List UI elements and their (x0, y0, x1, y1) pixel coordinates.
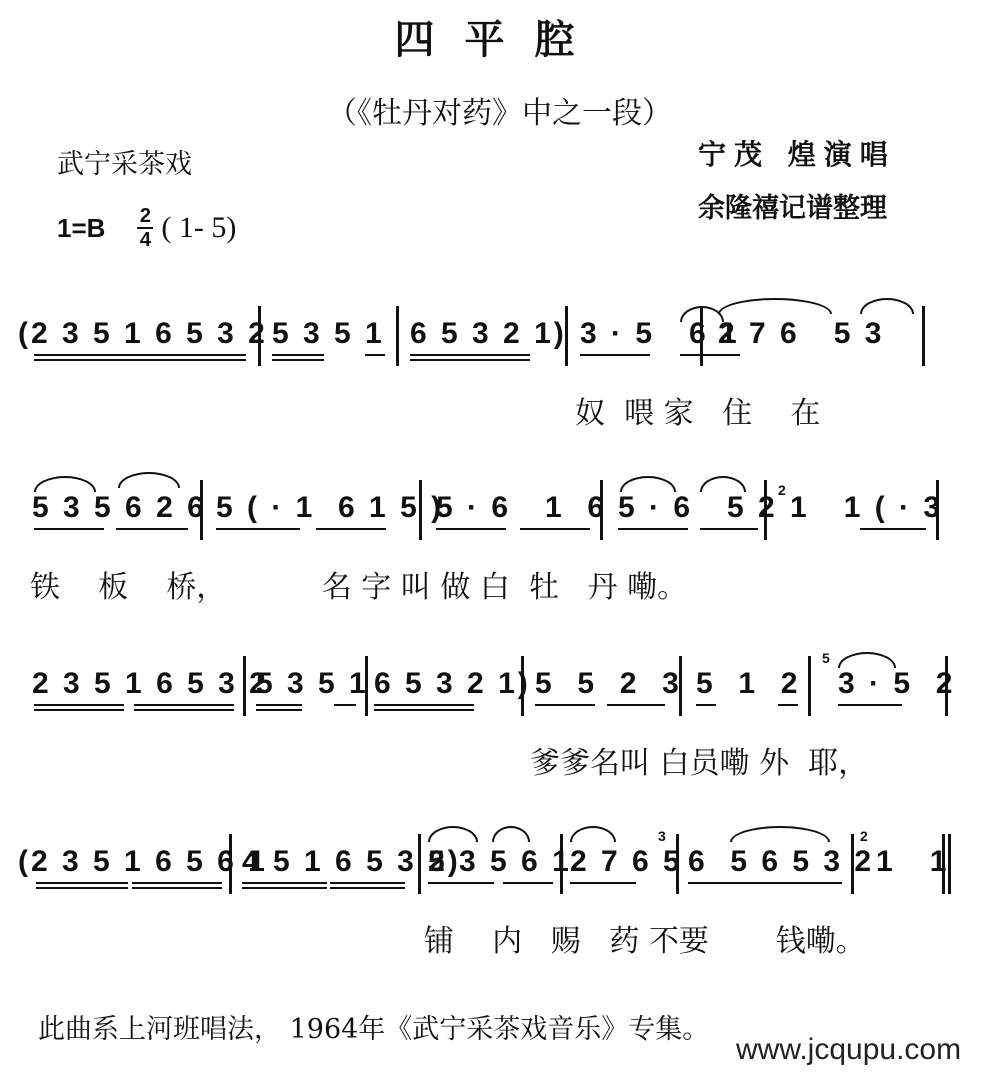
barline (418, 834, 421, 894)
grace-note: 2 (778, 482, 786, 498)
barline (600, 480, 603, 540)
watermark: www.jcqupu.com (736, 1033, 961, 1067)
barline (565, 306, 568, 366)
grace-note: 2 (860, 828, 868, 844)
barline (365, 656, 368, 716)
song-subtitle: （《牡丹对药》中之一段） (0, 88, 999, 132)
intro-notes: ( 1- 5) (161, 211, 236, 245)
measure: 5 ( · 1 6 1 5 ) (216, 490, 444, 526)
song-title: 四平腔 (0, 8, 999, 65)
grace-note: 5 (822, 650, 830, 666)
barline (396, 306, 399, 366)
grace-note: 3 (658, 828, 666, 844)
lyrics-line-4: 铺 内 赐 药 不要 钱嘞。 (424, 916, 866, 960)
measure: 3 · 5 2 (838, 666, 955, 702)
measure: 5 3 5 6 2 6 (32, 490, 207, 526)
measure: 5 3 5 1 (272, 316, 385, 352)
measure: 5 3 5 1 (256, 666, 369, 702)
measure: 6 5 6 5 3 2 (688, 844, 874, 880)
time-signature: 2 4 (137, 206, 153, 250)
barline (922, 306, 925, 366)
key-label: 1=B (57, 213, 105, 244)
barline (258, 306, 261, 366)
barline (945, 656, 948, 716)
barline (936, 480, 939, 540)
measure: 6 5 3 2 1) (410, 316, 567, 352)
measure: 5 3 5 6 1 (428, 844, 572, 880)
lyrics-line-2: 铁 板 桥， 名 字 叫 做 白 牡 丹 嘞。 (30, 562, 687, 606)
barline (676, 834, 679, 894)
barline (808, 656, 811, 716)
footnote: 此曲系上河班唱法， 1964年《武宁采茶戏音乐》专集。 (38, 1007, 709, 1046)
genre-label: 武宁采茶戏 (57, 142, 192, 181)
measure: (2 3 5 1 6 5 3 2 (18, 316, 268, 352)
final-barline (942, 834, 951, 894)
measure: 5 1 2 (696, 666, 800, 702)
lyrics-line-1: 奴 喂 家 住 在 (575, 388, 820, 432)
measure: 5 · 6 5 2 (618, 490, 778, 526)
barline (229, 834, 232, 894)
barline (521, 656, 524, 716)
barline (243, 656, 246, 716)
barline (764, 480, 767, 540)
barline (419, 480, 422, 540)
staff-line-2: 5 3 5 6 2 6 5 ( · 1 6 1 5 ) 5 · 6 1 6 5 … (0, 472, 999, 602)
measure: 1 1 (876, 844, 949, 880)
key-signature: 1=B 2 4 ( 1- 5) (57, 206, 236, 250)
barline (851, 834, 854, 894)
lyrics-line-3: 爹爹名叫 白员嘞 外 耶， (530, 738, 868, 782)
measure: 2 7 6 5 3 (718, 316, 884, 352)
staff-line-4: (2 3 5 1 6 5 6 1 4 5 1 6 5 3 2) 5 3 5 6 … (0, 826, 999, 956)
staff-line-3: 2 3 5 1 6 5 3 2 5 3 5 1 6 5 3 2 1) 5 5 2… (0, 648, 999, 778)
measure: 6 5 3 2 1) (374, 666, 531, 702)
staff-line-1: (2 3 5 1 6 5 3 2 5 3 5 1 6 5 3 2 1) 3 · … (0, 298, 999, 428)
measure: 2 3 5 1 6 5 3 2 (32, 666, 269, 702)
performer-credit: 宁茂 煌演唱 (698, 133, 896, 173)
transcriber-credit: 余隆禧记谱整理 (698, 186, 887, 225)
measure: 5 · 6 1 6 (436, 490, 607, 526)
barline (200, 480, 203, 540)
measure: 1 1 ( · 3 (790, 490, 943, 526)
measure: 5 5 2 3 (535, 666, 682, 702)
barline (679, 656, 682, 716)
measure: 2 7 6 5 (570, 844, 683, 880)
barline (560, 834, 563, 894)
